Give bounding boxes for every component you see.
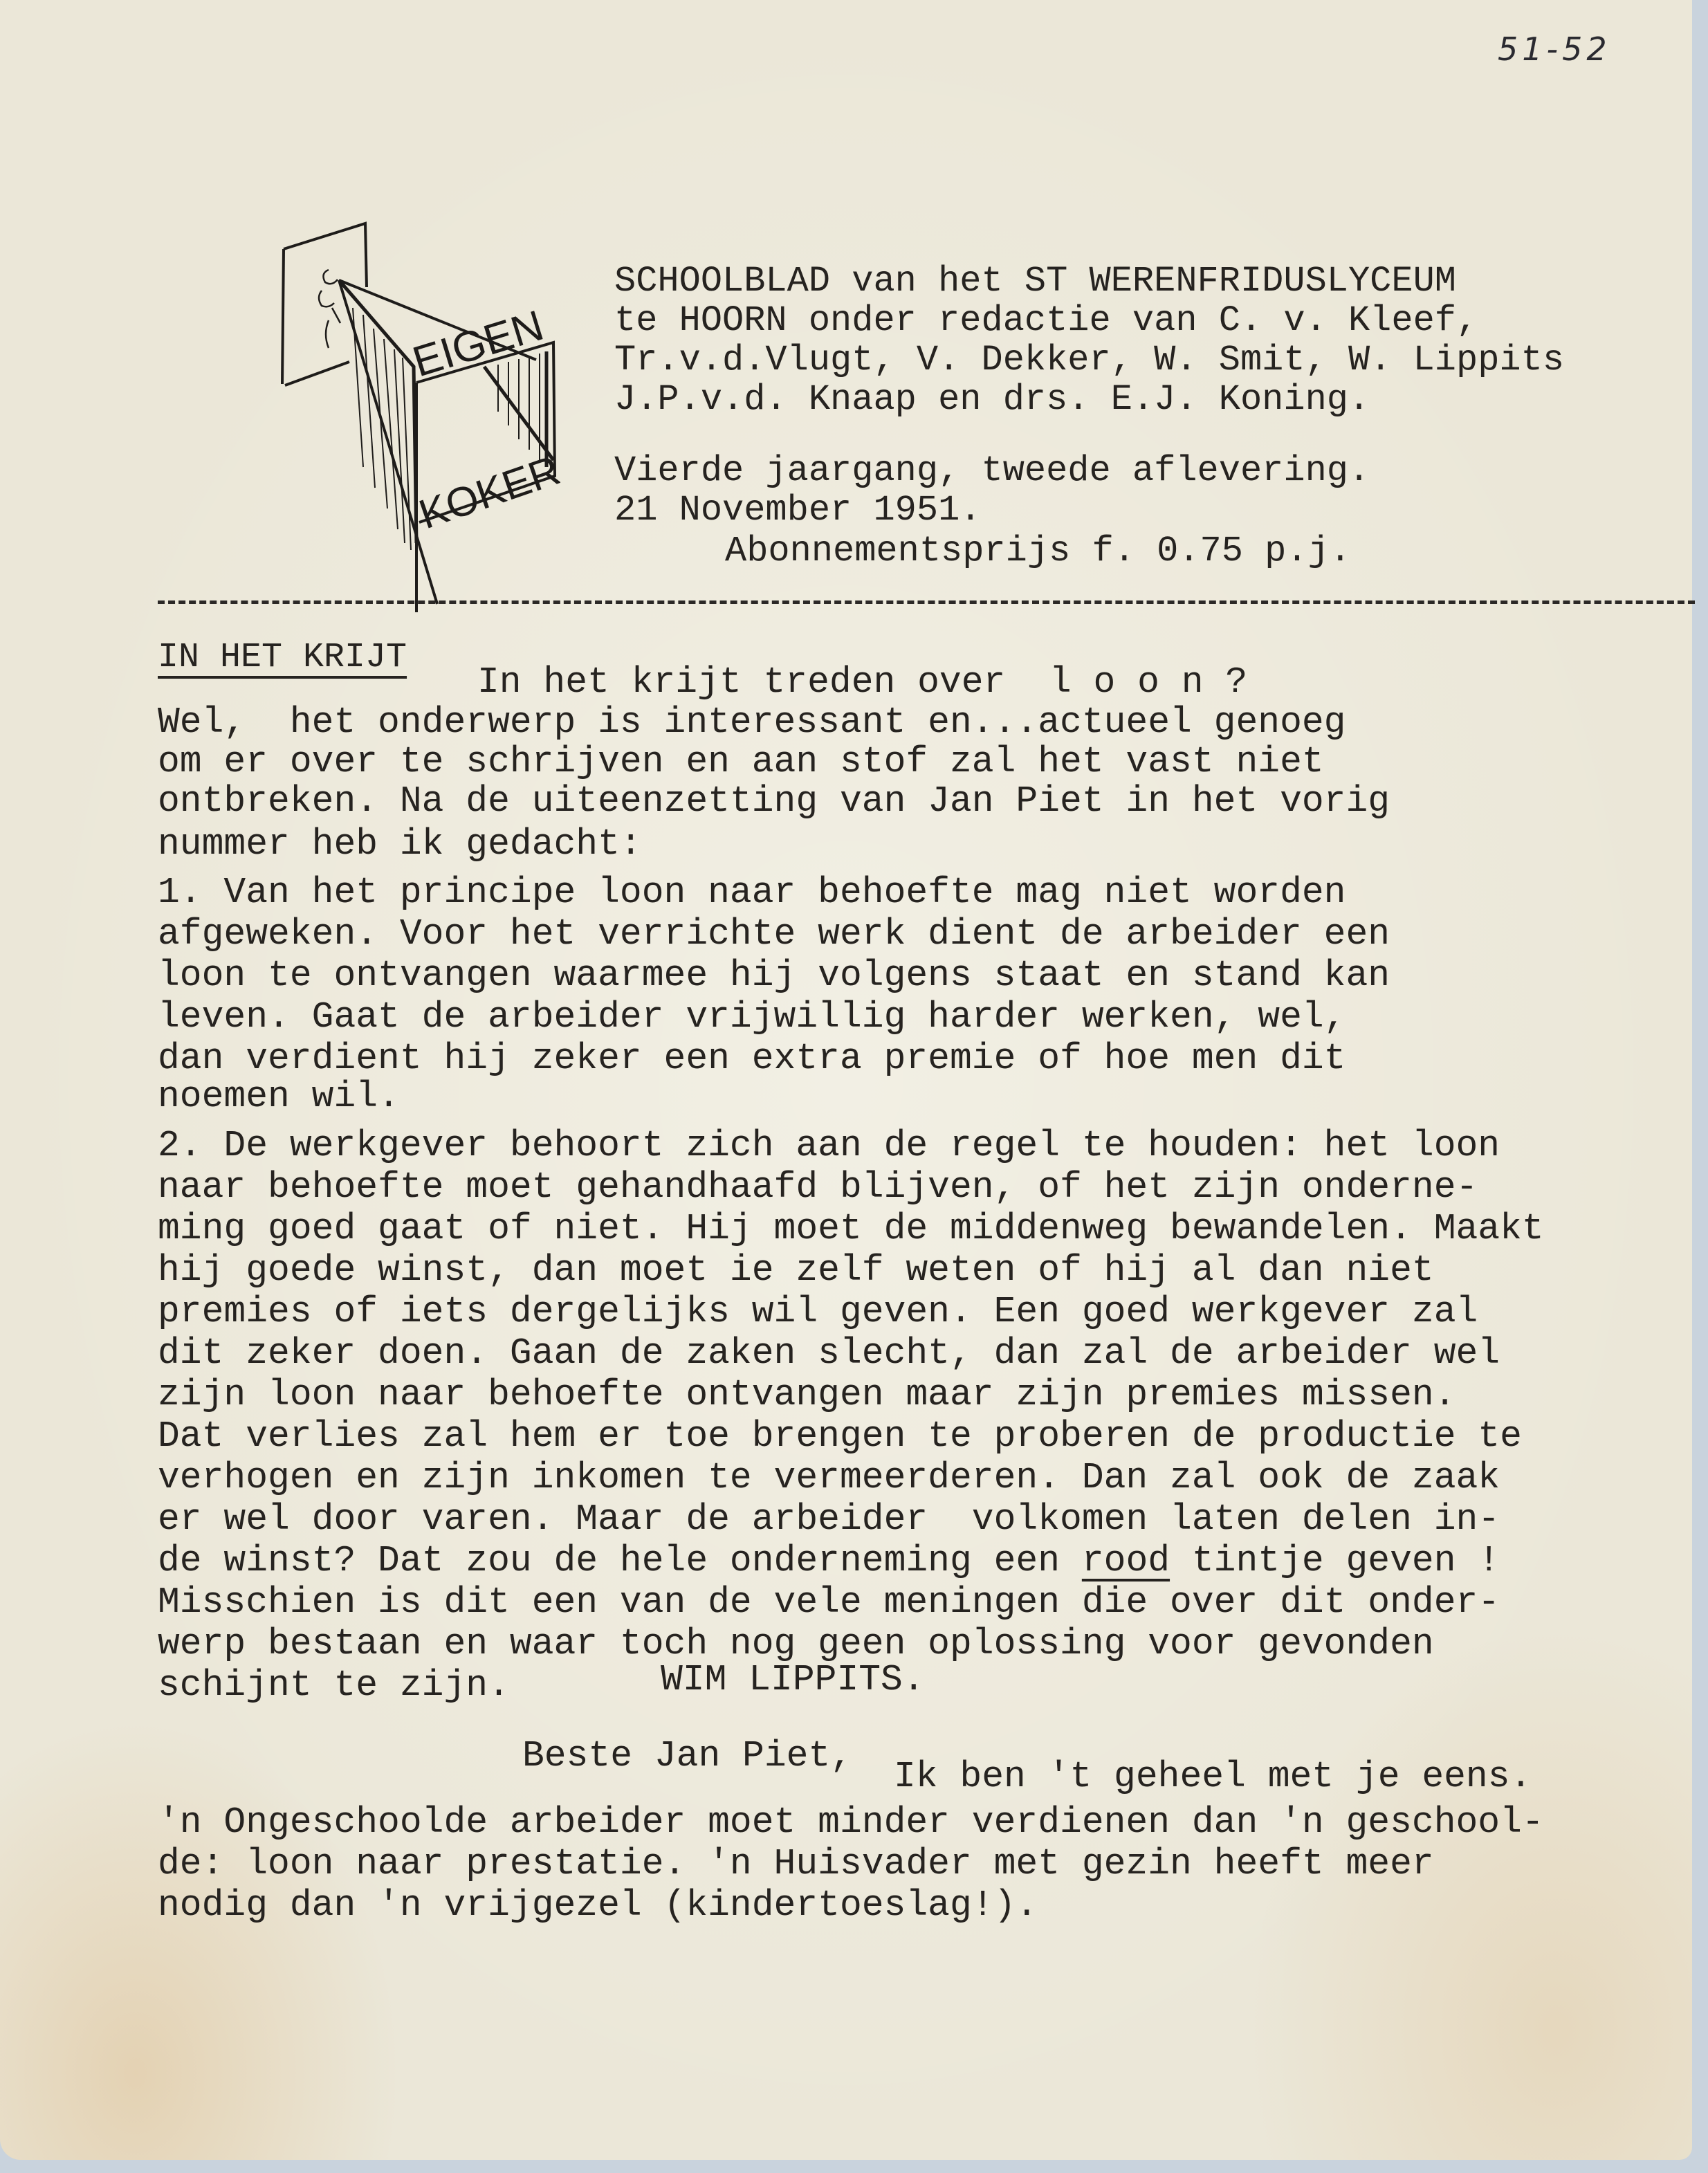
masthead-line: te HOORN onder redactie van C. v. Kleef,	[614, 301, 1478, 340]
svg-text:KOKER: KOKER	[413, 447, 560, 538]
point2-line-rood: de winst? Dat zou de hele onderneming ee…	[158, 1541, 1500, 1581]
point1-line: afgeweken. Voor het verrichte werk dient…	[158, 915, 1390, 954]
svg-text:EIGEN: EIGEN	[407, 302, 549, 386]
body-line: nummer heb ik gedacht:	[158, 825, 642, 864]
masthead-line: SCHOOLBLAD van het ST WERENFRIDUSLYCEUM	[614, 262, 1456, 301]
closing-line: werp bestaan en waar toch nog geen oplos…	[158, 1624, 1434, 1664]
issue-line: Vierde jaargang, tweede aflevering.	[614, 451, 1370, 490]
body-line: ontbreken. Na de uiteenzetting van Jan P…	[158, 782, 1390, 821]
point2-line: 2. De werkgever behoort zich aan de rege…	[158, 1126, 1500, 1166]
subscription-price: Abonnementsprijs f. 0.75 p.j.	[725, 531, 1351, 571]
handwritten-page-number: 51-52	[1498, 30, 1611, 68]
point1-line: leven. Gaat de arbeider vrijwillig harde…	[158, 998, 1346, 1037]
point2-line: hij goede winst, dan moet ie zelf weten …	[158, 1251, 1434, 1290]
point2-line: verhogen en zijn inkomen te vermeerderen…	[158, 1458, 1500, 1498]
eigen-koker-logo-icon: EIGEN KOKER	[256, 204, 560, 612]
point2-line: ming goed gaat of niet. Hij moet de midd…	[158, 1209, 1544, 1249]
masthead-line: J.P.v.d. Knaap en drs. E.J. Koning.	[614, 380, 1370, 419]
paper-page: 51-52 EIGEN KOKER	[0, 0, 1692, 2160]
point2-line: er wel door varen. Maar de arbeider volk…	[158, 1500, 1500, 1539]
article-heading: IN HET KRIJT	[158, 638, 407, 677]
letter-line: nodig dan 'n vrijgezel (kindertoeslag!).	[158, 1886, 1038, 1925]
closing-line: Misschien is dit een van de vele meninge…	[158, 1583, 1500, 1622]
masthead-line: Tr.v.d.Vlugt, V. Dekker, W. Smit, W. Lip…	[614, 340, 1564, 380]
point1-line: loon te ontvangen waarmee hij volgens st…	[158, 956, 1390, 996]
point1-line: dan verdient hij zeker een extra premie …	[158, 1039, 1346, 1079]
point2-line: dit zeker doen. Gaan de zaken slecht, da…	[158, 1334, 1500, 1373]
body-line: om er over te schrijven en aan stof zal …	[158, 742, 1324, 782]
separator-rule	[158, 600, 1695, 604]
point2-line: Dat verlies zal hem er toe brengen te pr…	[158, 1417, 1522, 1456]
letter-line: 'n Ongeschoolde arbeider moet minder ver…	[158, 1803, 1544, 1842]
closing-line: schijnt te zijn.	[158, 1666, 510, 1705]
date-line: 21 November 1951.	[614, 490, 982, 530]
point2-line: zijn loon naar behoefte ontvangen maar z…	[158, 1375, 1456, 1415]
letter-first-sentence: Ik ben 't geheel met je eens.	[894, 1757, 1532, 1797]
article-signature: WIM LIPPITS.	[661, 1660, 925, 1700]
letter-line: de: loon naar prestatie. 'n Huisvader me…	[158, 1844, 1434, 1884]
point1-line: 1. Van het principe loon naar behoefte m…	[158, 873, 1346, 913]
point2-line: naar behoefte moet gehandhaafd blijven, …	[158, 1168, 1478, 1207]
article-first-line: In het krijt treden over l o o n ?	[477, 663, 1247, 702]
body-line: Wel, het onderwerp is interessant en...a…	[158, 703, 1346, 742]
point2-line: premies of iets dergelijks wil geven. Ee…	[158, 1292, 1478, 1332]
letter-salutation: Beste Jan Piet,	[522, 1736, 852, 1776]
point1-line: noemen wil.	[158, 1077, 400, 1117]
underlined-word-rood: rood	[1082, 1540, 1170, 1581]
